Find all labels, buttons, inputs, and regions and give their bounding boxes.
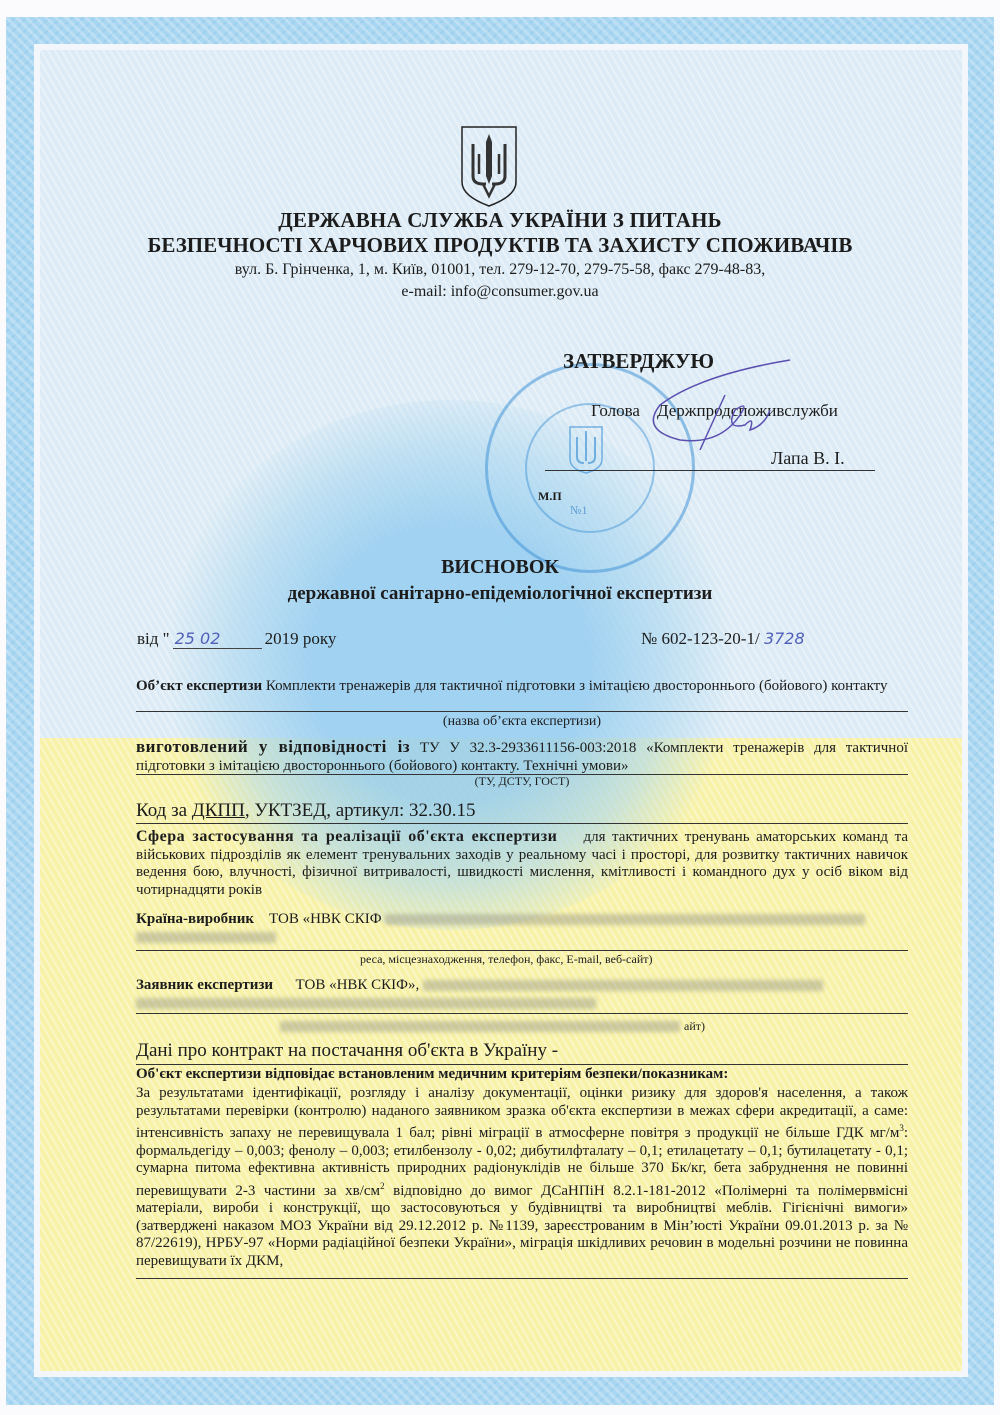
manufactured-field: виготовлений у відповідності із ТУ У 32.…	[136, 738, 908, 775]
compliance-heading: Об'єкт експертизи відповідає встановлени…	[136, 1066, 908, 1084]
applicant-value: ТОВ «НВК СКІФ»,	[296, 977, 420, 993]
code-prefix: Код за	[136, 800, 192, 821]
contract-underline	[136, 1064, 908, 1065]
country-label: Країна-виробник	[136, 911, 254, 927]
date-prefix: від "	[137, 629, 170, 648]
code-dkpp: ДКПП	[192, 800, 245, 821]
applicant-caption: айт)	[684, 1019, 705, 1033]
stamp-trident-icon	[568, 425, 604, 475]
number-prefix: № 602-123-20-1/	[641, 629, 760, 648]
code-suffix: , УКТЗЕД, артикул: 32.30.15	[245, 800, 476, 821]
redacted-caption	[280, 1021, 680, 1032]
stamp-number: №1	[570, 503, 587, 518]
country-caption: реса, місцезнаходження, телефон, факс, E…	[360, 952, 740, 967]
redacted-applicant-address-cont	[136, 998, 596, 1009]
handwritten-signature	[640, 355, 800, 455]
compliance-text: За результатами ідентифікації, розгляду …	[136, 1085, 908, 1270]
contract-heading: Дані про контракт на постачання об'єкта …	[136, 1040, 558, 1062]
country-underline	[136, 950, 908, 951]
scope-field: Сфера застосування та реалізації об'єкта…	[136, 828, 908, 899]
redacted-address	[385, 914, 865, 925]
document-subtitle: державної санітарно-епідеміологічної екс…	[0, 583, 1000, 605]
object-underline	[136, 711, 908, 712]
country-value: ТОВ «НВК СКІФ	[269, 911, 382, 927]
scope-label: Сфера застосування та реалізації об'єкта…	[136, 828, 557, 845]
object-field: Об’єкт експертизи Комплекти тренажерів д…	[136, 678, 908, 696]
manufactured-caption: (ТУ, ДСТУ, ГОСТ)	[136, 774, 908, 789]
organization-email: e-mail: info@consumer.gov.ua	[0, 283, 1000, 301]
date-suffix: 2019 року	[265, 629, 337, 648]
applicant-caption-row: айт)	[280, 1017, 705, 1035]
redacted-applicant-address	[423, 980, 823, 991]
document-title: ВИСНОВОК	[0, 556, 1000, 579]
document-number: № 602-123-20-1/ 3728	[641, 629, 805, 649]
document-date: від "25 022019 року	[137, 629, 336, 649]
compliance-text-part1: За результатами ідентифікації, розгляду …	[136, 1085, 908, 1141]
applicant-label: Заявник експертизи	[136, 977, 273, 993]
country-field: Країна-виробник ТОВ «НВК СКІФ	[136, 911, 908, 946]
code-underline	[136, 823, 908, 824]
organization-name-line1: ДЕРЖАВНА СЛУЖБА УКРАЇНИ З ПИТАНЬ	[0, 208, 1000, 233]
organization-address: вул. Б. Грінченка, 1, м. Київ, 01001, те…	[0, 261, 1000, 279]
object-value: Комплекти тренажерів для тактичної підго…	[266, 678, 888, 694]
redacted-address-cont	[136, 932, 276, 943]
handwritten-number: 3728	[764, 629, 805, 648]
trident-coat-of-arms-icon	[459, 124, 519, 208]
object-caption: (назва об’єкта експертизи)	[136, 714, 908, 730]
product-code: Код за ДКПП, УКТЗЕД, артикул: 32.30.15	[136, 800, 475, 822]
organization-name-line2: БЕЗПЕЧНОСТІ ХАРЧОВИХ ПРОДУКТІВ ТА ЗАХИСТ…	[0, 233, 1000, 258]
signature-line	[545, 470, 875, 471]
stamp-label: М.П	[538, 489, 562, 504]
compliance-underline	[136, 1278, 908, 1279]
object-label: Об’єкт експертизи	[136, 678, 262, 694]
applicant-underline	[136, 1013, 908, 1014]
applicant-field: Заявник експертизи ТОВ «НВК СКІФ»,	[136, 977, 908, 1012]
manufactured-label: виготовлений у відповідності із	[136, 737, 410, 756]
handwritten-date: 25 02	[173, 629, 262, 649]
